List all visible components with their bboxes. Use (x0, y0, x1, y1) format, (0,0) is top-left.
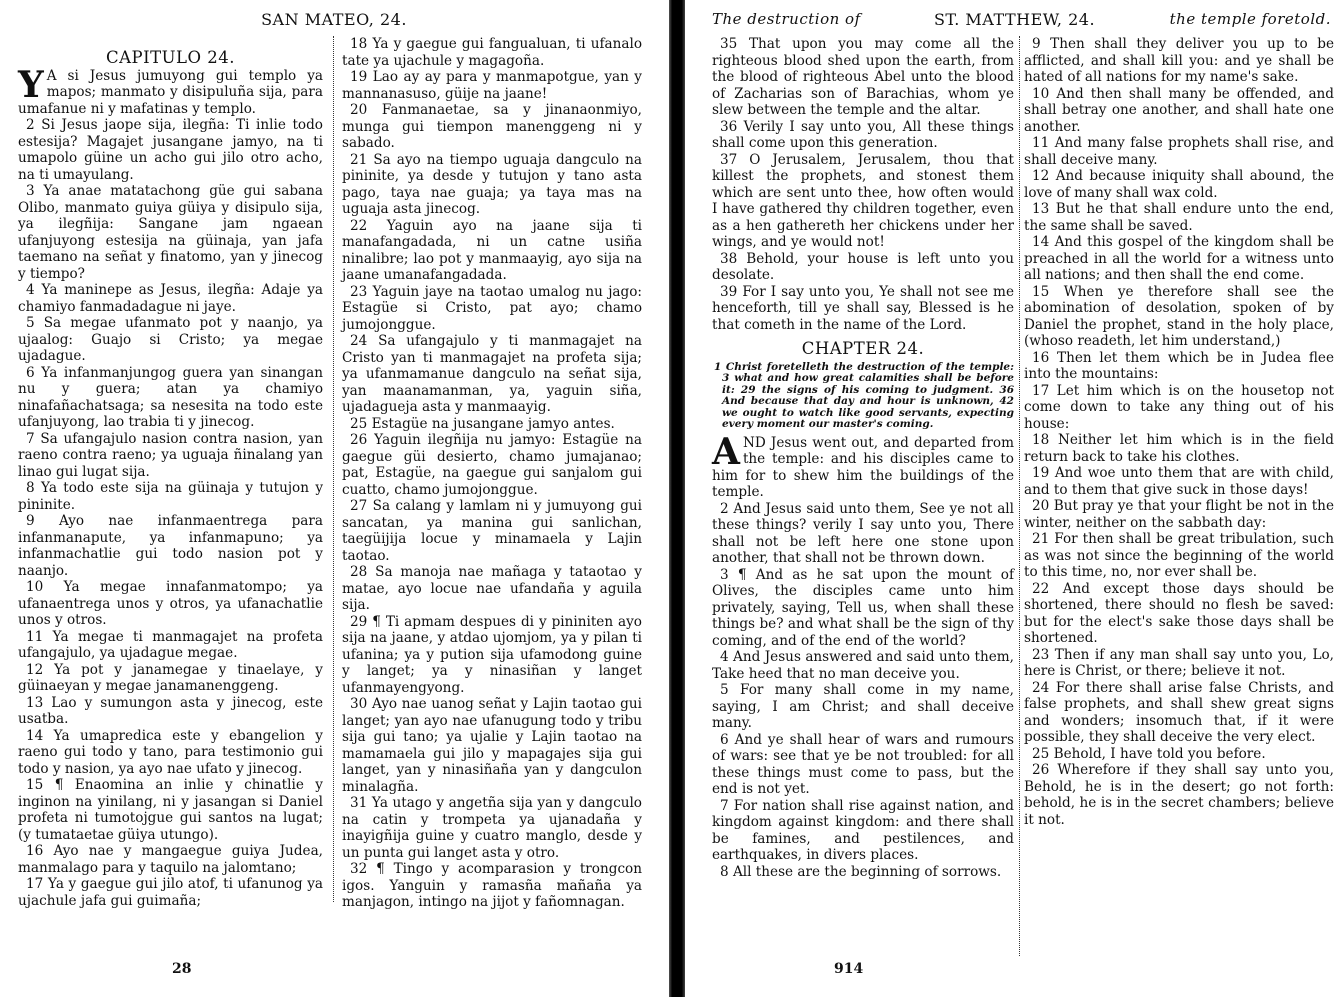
verse-1: YA si Jesus jumuyong gui templo ya mapos… (18, 68, 323, 118)
page-number: 914 (834, 961, 863, 977)
verse: 21 For then shall be great tribulation, … (1024, 531, 1334, 581)
verse: 4 Ya maninepe as Jesus, ilegña: Adaje ya… (18, 282, 323, 315)
right-column-1: 35 That upon you may come all the righte… (712, 36, 1014, 880)
running-head: SAN MATEO, 24. (0, 10, 668, 29)
verse: 16 Ayo nae y mangaegue guiya Judea, manm… (18, 843, 323, 876)
verse: 30 Ayo nae uanog señat y Lajin taotao gu… (342, 696, 642, 795)
verse: 23 Then if any man shall say unto you, L… (1024, 647, 1334, 680)
verse: 29 ¶ Ti apmam despues di y pininiten ayo… (342, 614, 642, 697)
verse: 3 ¶ And as he sat upon the mount of Oliv… (712, 567, 1014, 650)
verse-list: 18 Ya y gaegue gui fangualuan, ti ufanal… (342, 36, 642, 911)
verse: 25 Behold, I have told you before. (1024, 746, 1334, 763)
verse: 37 O Jerusalem, Jerusalem, thou that kil… (712, 152, 1014, 251)
verse-list: 2 Si Jesus jaope sija, ilegña: Ti inlie … (18, 117, 323, 909)
verse: 12 And because iniquity shall abound, th… (1024, 168, 1334, 201)
verse: 6 Ya infanmanjungog guera yan sinangan n… (18, 365, 323, 431)
book-gutter (669, 0, 685, 997)
verse: 20 But pray ye that your flight be not i… (1024, 498, 1334, 531)
verse: 16 Then let them which be in Judea flee … (1024, 350, 1334, 383)
verse: 35 That upon you may come all the righte… (712, 36, 1014, 119)
verse: 8 All these are the beginning of sorrows… (712, 864, 1014, 881)
verse: 11 And many false prophets shall rise, a… (1024, 135, 1334, 168)
verse-list: 35 That upon you may come all the righte… (712, 36, 1014, 333)
verse: 17 Let him which is on the housetop not … (1024, 383, 1334, 433)
verse: 13 Lao y sumungon asta y jinecog, este u… (18, 695, 323, 728)
verse: 38 Behold, your house is left unto you d… (712, 251, 1014, 284)
left-page: SAN MATEO, 24. CAPITULO 24. YA si Jesus … (0, 0, 668, 997)
column-divider (1019, 36, 1020, 956)
verse: 5 Sa megae ufanmato pot y naanjo, ya uja… (18, 315, 323, 365)
verse: 4 And Jesus answered and said unto them,… (712, 649, 1014, 682)
page-number: 28 (172, 961, 191, 977)
chapter-title: CHAPTER 24. (712, 341, 1014, 358)
verse: 13 But he that shall endure unto the end… (1024, 201, 1334, 234)
verse: 22 Yaguin ayo na jaane sija ti manafanga… (342, 218, 642, 284)
verse: 18 Ya y gaegue gui fangualuan, ti ufanal… (342, 36, 642, 69)
verse: 25 Estagüe na jusangane jamyo antes. (342, 416, 642, 433)
verse: 36 Verily I say unto you, All these thin… (712, 119, 1014, 152)
verse: 23 Yaguin jaye na taotao umalog nu jago:… (342, 284, 642, 334)
drop-cap: Y (18, 70, 44, 100)
verse: 26 Wherefore if they shall say unto you,… (1024, 762, 1334, 828)
verse: 5 For many shall come in my name, saying… (712, 682, 1014, 732)
column-divider (333, 36, 334, 902)
verse: 3 Ya anae matatachong güe gui sabana Oli… (18, 183, 323, 282)
verse: 24 For there shall arise false Christs, … (1024, 680, 1334, 746)
verse: 12 Ya pot y janamegae y tinaelaye, y güi… (18, 662, 323, 695)
verse: 15 When ye therefore shall see the abomi… (1024, 284, 1334, 350)
verse: 20 Fanmanaetae, sa y jinanaonmiyo, munga… (342, 102, 642, 152)
right-page: The destruction of ST. MATTHEW, 24. the … (686, 0, 1343, 997)
verse: 15 ¶ Enaomina an inlie y chinatlie y ing… (18, 777, 323, 843)
running-head-right: the temple foretold. (1170, 10, 1331, 28)
verse: 27 Sa calang y lamlam ni y jumuyong gui … (342, 498, 642, 564)
drop-cap: A (712, 437, 740, 467)
verse: 14 And this gospel of the kingdom shall … (1024, 234, 1334, 284)
verse: 22 And except those days should be short… (1024, 581, 1334, 647)
verse-1: AND Jesus went out, and departed from th… (712, 435, 1014, 501)
verse: 11 Ya megae ti manmagajet na profeta ufa… (18, 629, 323, 662)
verse: 39 For I say unto you, Ye shall not see … (712, 284, 1014, 334)
verse: 26 Yaguin ilegñija nu jamyo: Estagüe na … (342, 432, 642, 498)
verse: 32 ¶ Tingo y acomparasion y trongcon igo… (342, 861, 642, 911)
verse: 2 And Jesus said unto them, See ye not a… (712, 501, 1014, 567)
verse: 21 Sa ayo na tiempo uguaja dangculo na p… (342, 152, 642, 218)
verse: 19 Lao ay ay para y manmapotgue, yan y m… (342, 69, 642, 102)
verse: 14 Ya umapredica este y ebangelion y rae… (18, 728, 323, 778)
verse-list: 2 And Jesus said unto them, See ye not a… (712, 501, 1014, 881)
verse: 17 Ya y gaegue gui jilo atof, ti ufanuno… (18, 876, 323, 909)
verse: 10 And then shall many be offended, and … (1024, 86, 1334, 136)
verse-list: 9 Then shall they deliver you up to be a… (1024, 36, 1334, 828)
verse: 10 Ya megae innafanmatompo; ya ufanaentr… (18, 579, 323, 629)
verse: 28 Sa manoja nae mañaga y tataotao y mat… (342, 564, 642, 614)
chapter-summary: 1 Christ foretelleth the destruction of … (712, 362, 1014, 431)
verse: 9 Then shall they deliver you up to be a… (1024, 36, 1334, 86)
verse: 19 And woe unto them that are with child… (1024, 465, 1334, 498)
verse: 6 And ye shall hear of wars and rumours … (712, 732, 1014, 798)
left-column-1: CAPITULO 24. YA si Jesus jumuyong gui te… (18, 50, 323, 909)
chapter-title: CAPITULO 24. (18, 50, 323, 67)
verse: 7 Sa ufangajulo nasion contra nasion, ya… (18, 431, 323, 481)
verse: 7 For nation shall rise against nation, … (712, 798, 1014, 864)
verse: 24 Sa ufangajulo y ti manmagajet na Cris… (342, 333, 642, 416)
left-column-2: 18 Ya y gaegue gui fangualuan, ti ufanal… (342, 36, 642, 911)
verse: 8 Ya todo este sija na güinaja y tutujon… (18, 480, 323, 513)
verse: 18 Neither let him which is in the field… (1024, 432, 1334, 465)
right-column-2: 9 Then shall they deliver you up to be a… (1024, 36, 1334, 828)
verse: 31 Ya utago y angetña sija yan y dangcul… (342, 795, 642, 861)
verse: 9 Ayo nae infanmaentrega para infanmanap… (18, 513, 323, 579)
verse: 2 Si Jesus jaope sija, ilegña: Ti inlie … (18, 117, 323, 183)
